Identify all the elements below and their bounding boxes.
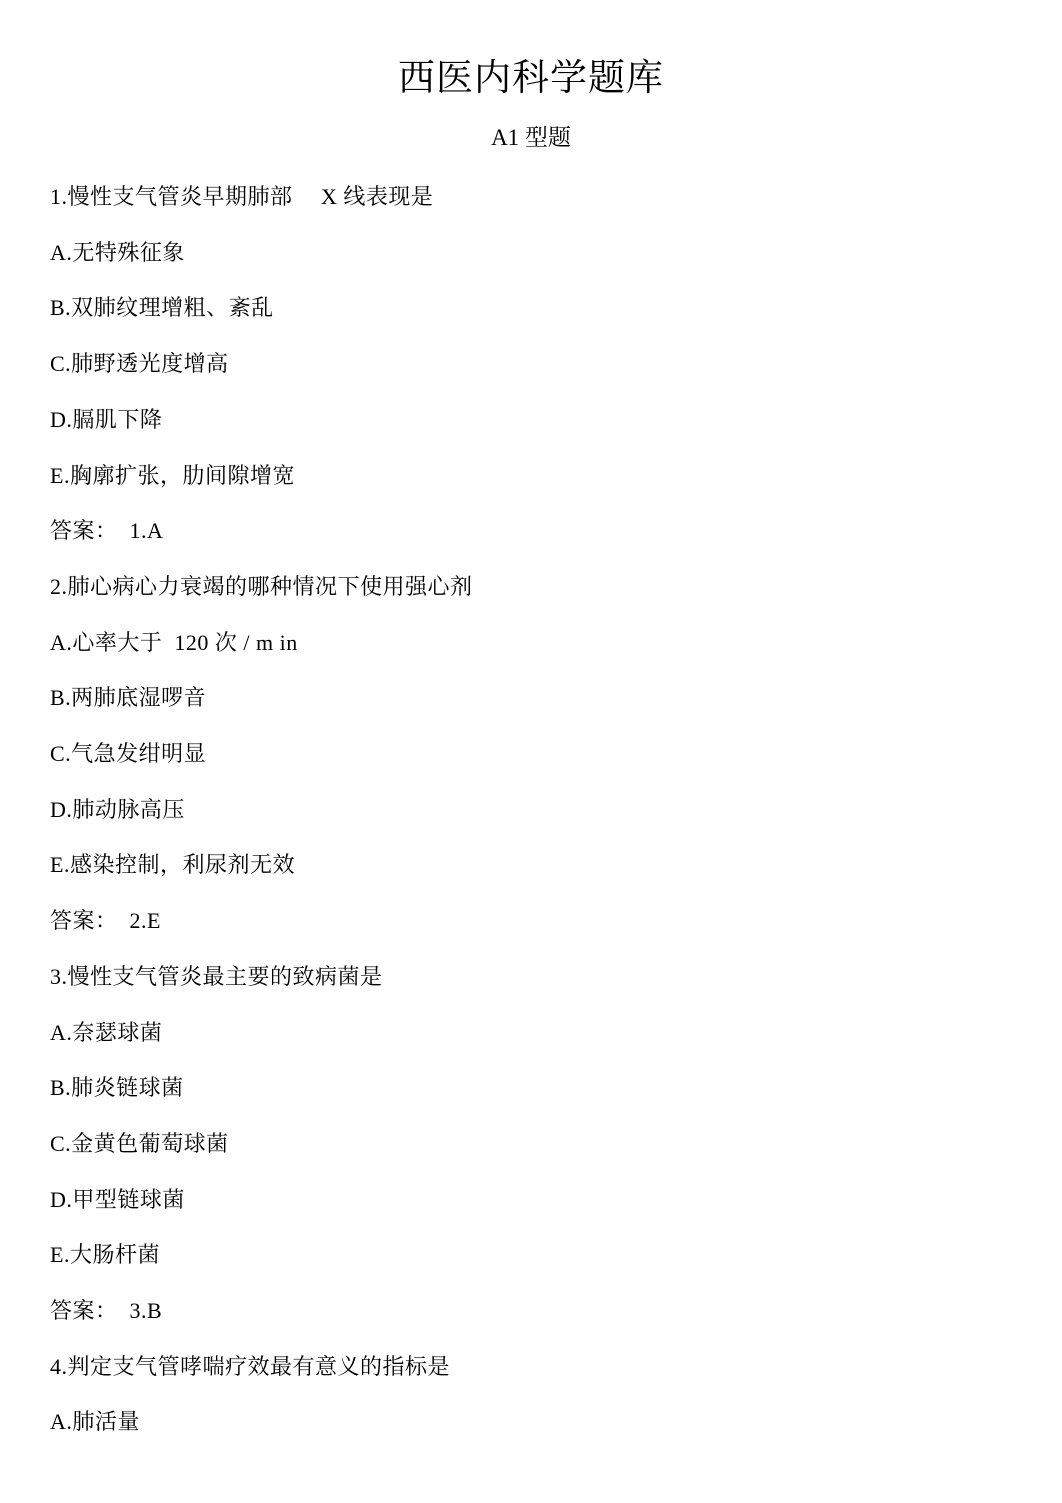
option-line: A.奈瑟球菌 xyxy=(0,1005,1062,1061)
question-stem: 3.慢性支气管炎最主要的致病菌是 xyxy=(0,949,1062,1005)
option-line: E.大肠杆菌 xyxy=(0,1227,1062,1283)
question-stem: 1.慢性支气管炎早期肺部 X 线表现是 xyxy=(0,169,1062,225)
option-line: B.肺炎链球菌 xyxy=(0,1060,1062,1116)
option-line: C.金黄色葡萄球菌 xyxy=(0,1116,1062,1172)
option-line: D.膈肌下降 xyxy=(0,392,1062,448)
question-block-4: 4.判定支气管哮喘疗效最有意义的指标是 A.肺活量 xyxy=(0,1339,1062,1450)
answer-line: 答案： 1.A xyxy=(0,503,1062,559)
option-line: E.胸廓扩张，肋间隙增宽 xyxy=(0,448,1062,504)
question-stem: 4.判定支气管哮喘疗效最有意义的指标是 xyxy=(0,1339,1062,1395)
answer-line: 答案： 2.E xyxy=(0,893,1062,949)
option-line: C.肺野透光度增高 xyxy=(0,336,1062,392)
question-list: 1.慢性支气管炎早期肺部 X 线表现是 A.无特殊征象 B.双肺纹理增粗、紊乱 … xyxy=(0,169,1062,1450)
section-subtitle: A1 型题 xyxy=(0,123,1062,153)
question-block-3: 3.慢性支气管炎最主要的致病菌是 A.奈瑟球菌 B.肺炎链球菌 C.金黄色葡萄球… xyxy=(0,949,1062,1339)
option-line: B.双肺纹理增粗、紊乱 xyxy=(0,280,1062,336)
option-line: C.气急发绀明显 xyxy=(0,726,1062,782)
option-line: A.心率大于 120 次 / m in xyxy=(0,615,1062,671)
answer-line: 答案： 3.B xyxy=(0,1283,1062,1339)
document-page: 西医内科学题库 A1 型题 1.慢性支气管炎早期肺部 X 线表现是 A.无特殊征… xyxy=(0,0,1062,1503)
question-stem: 2.肺心病心力衰竭的哪种情况下使用强心剂 xyxy=(0,559,1062,615)
option-line: A.无特殊征象 xyxy=(0,225,1062,281)
option-line: E.感染控制，利尿剂无效 xyxy=(0,837,1062,893)
option-line: B.两肺底湿啰音 xyxy=(0,670,1062,726)
option-line: A.肺活量 xyxy=(0,1394,1062,1450)
option-line: D.甲型链球菌 xyxy=(0,1172,1062,1228)
question-block-1: 1.慢性支气管炎早期肺部 X 线表现是 A.无特殊征象 B.双肺纹理增粗、紊乱 … xyxy=(0,169,1062,559)
question-block-2: 2.肺心病心力衰竭的哪种情况下使用强心剂 A.心率大于 120 次 / m in… xyxy=(0,559,1062,949)
option-line: D.肺动脉高压 xyxy=(0,782,1062,838)
page-title: 西医内科学题库 xyxy=(0,0,1062,101)
